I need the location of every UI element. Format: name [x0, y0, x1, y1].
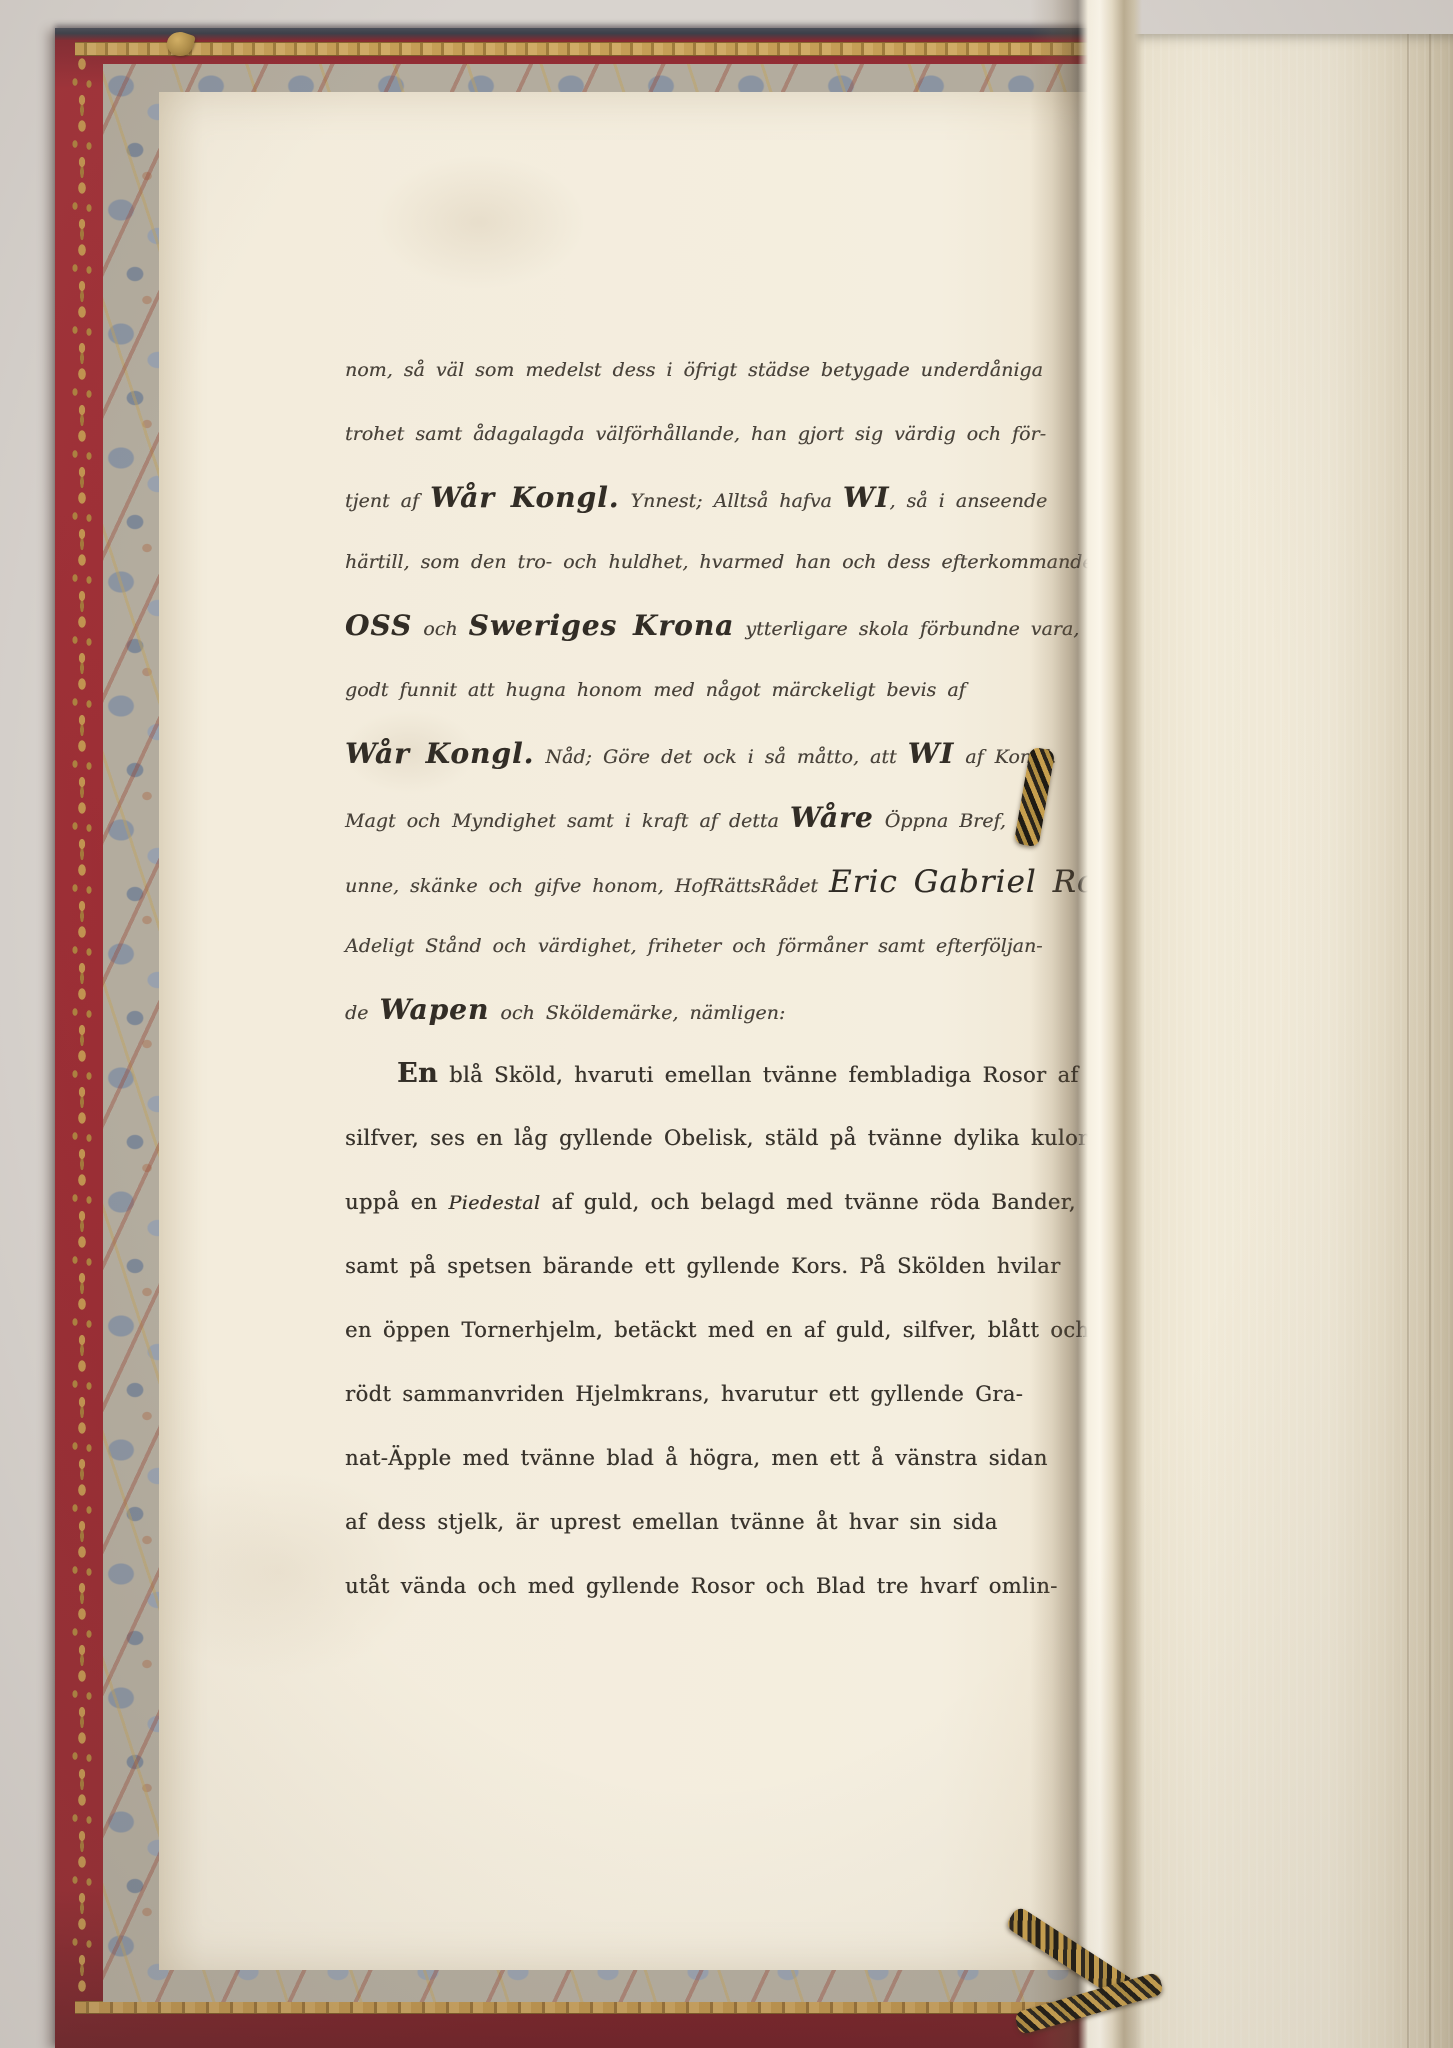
text-segment: nom, så väl som medelst dess i öfrigt st… [345, 359, 1043, 381]
gold-tooling-left [67, 54, 97, 2000]
text-segment: Wapen [379, 993, 489, 1026]
text-segment: blå Sköld, hvaruti emellan tvänne fembla… [438, 1063, 1079, 1087]
text-segment: OSS [345, 609, 412, 642]
text-segment: en öppen Tornerhjelm, betäckt med en af … [345, 1318, 1089, 1342]
text-segment: af dess stjelk, är uprest emellan tvänne… [345, 1510, 998, 1534]
manuscript-line: rödt sammanvriden Hjelmkrans, hvarutur e… [345, 1362, 1021, 1426]
text-segment: WI [908, 737, 955, 770]
manuscript-line: Adeligt Stånd och värdighet, friheter oc… [345, 914, 1021, 978]
text-segment: godt funnit att hugna honom med något mä… [345, 679, 966, 701]
text-segment: Nåd; Göre det ock i så måtto, att [534, 746, 907, 768]
manuscript-line: En blå Sköld, hvaruti emellan tvänne fem… [345, 1042, 1021, 1106]
gold-tooling-bottom [75, 2001, 1100, 2014]
text-segment: Wår Kongl. [430, 481, 619, 514]
cover-board-edge [55, 28, 1100, 40]
manuscript-line: utåt vända och med gyllende Rosor och Bl… [345, 1554, 1021, 1618]
text-segment: de [345, 1002, 379, 1024]
text-segment: Öppna Bref, [874, 810, 1006, 832]
manuscript-line: uppå en Piedestal af guld, och belagd me… [345, 1170, 1021, 1234]
manuscript-line: Wår Kongl. Nåd; Göre det ock i så måtto,… [345, 722, 1021, 786]
scan-background: nom, så väl som medelst dess i öfrigt st… [0, 0, 1453, 2048]
text-segment: Sweriges Krona [469, 609, 735, 642]
manuscript-line: de Wapen och Sköldemärke, nämligen: [345, 978, 1021, 1042]
leaf-edge-lines [1387, 34, 1435, 2048]
manuscript-line: samt på spetsen bärande ett gyllende Kor… [345, 1234, 1021, 1298]
manuscript-line: nom, så väl som medelst dess i öfrigt st… [345, 338, 1021, 402]
text-segment: Wåre [790, 801, 874, 834]
manuscript-line: härtill, som den tro- och huldhet, hvarm… [345, 530, 1021, 594]
text-segment: uppå en [345, 1190, 448, 1214]
text-segment: tjent af [345, 490, 430, 512]
manuscript-line: godt funnit att hugna honom med något mä… [345, 658, 1021, 722]
text-segment: Piedestal [448, 1192, 540, 1214]
manuscript-line: Magt och Myndighet samt i kraft af detta… [345, 786, 1021, 850]
text-segment: utåt vända och med gyllende Rosor och Bl… [345, 1574, 1058, 1598]
manuscript-line: OSS och Sweriges Krona ytterligare skola… [345, 594, 1021, 658]
text-segment: af guld, och belagd med tvänne röda Band… [540, 1190, 1076, 1214]
gold-tooling-top [75, 42, 1100, 56]
manuscript-line: unne, skänke och gifve honom, HofRättsRå… [345, 850, 1021, 914]
text-segment: Ynnest; Alltså hafva [619, 490, 842, 512]
text-segment: nat-Äpple med tvänne blad å högra, men e… [345, 1446, 1048, 1470]
text-segment: Wår Kongl. [345, 737, 534, 770]
manuscript-line: nat-Äpple med tvänne blad å högra, men e… [345, 1426, 1021, 1490]
facing-page-edge [1128, 34, 1453, 2048]
text-segment: rödt sammanvriden Hjelmkrans, hvarutur e… [345, 1382, 1023, 1406]
text-block: nom, så väl som medelst dess i öfrigt st… [345, 338, 1021, 1618]
manuscript-line: tjent af Wår Kongl. Ynnest; Alltså hafva… [345, 466, 1021, 530]
text-segment: En [397, 1058, 438, 1089]
manuscript-line: af dess stjelk, är uprest emellan tvänne… [345, 1490, 1021, 1554]
text-segment: Magt och Myndighet samt i kraft af detta [345, 810, 790, 832]
text-segment: härtill, som den tro- och huldhet, hvarm… [345, 551, 1094, 573]
text-segment: , så i anseende [889, 490, 1047, 512]
text-segment: Adeligt Stånd och värdighet, friheter oc… [345, 935, 1043, 957]
text-segment: unne, skänke och gifve honom, HofRättsRå… [345, 875, 829, 897]
text-segment: WI [843, 481, 890, 514]
text-segment: och [412, 618, 468, 640]
text-segment: samt på spetsen bärande ett gyllende Kor… [345, 1254, 1061, 1278]
text-segment: ytterligare skola förbundne vara, i nåde… [734, 618, 1163, 640]
ennobled-name: Eric Gabriel Rosén [829, 864, 1154, 900]
book-cover: nom, så väl som medelst dess i öfrigt st… [55, 28, 1100, 2048]
text-segment: silfver, ses en låg gyllende Obelisk, st… [345, 1126, 1089, 1150]
manuscript-line: silfver, ses en låg gyllende Obelisk, st… [345, 1106, 1021, 1170]
manuscript-page: nom, så väl som medelst dess i öfrigt st… [159, 92, 1108, 1970]
text-segment: och Sköldemärke, nämligen: [489, 1002, 785, 1024]
manuscript-line: trohet samt ådagalagda välförhållande, h… [345, 402, 1021, 466]
manuscript-line: en öppen Tornerhjelm, betäckt med en af … [345, 1298, 1021, 1362]
text-segment: trohet samt ådagalagda välförhållande, h… [345, 423, 1046, 445]
